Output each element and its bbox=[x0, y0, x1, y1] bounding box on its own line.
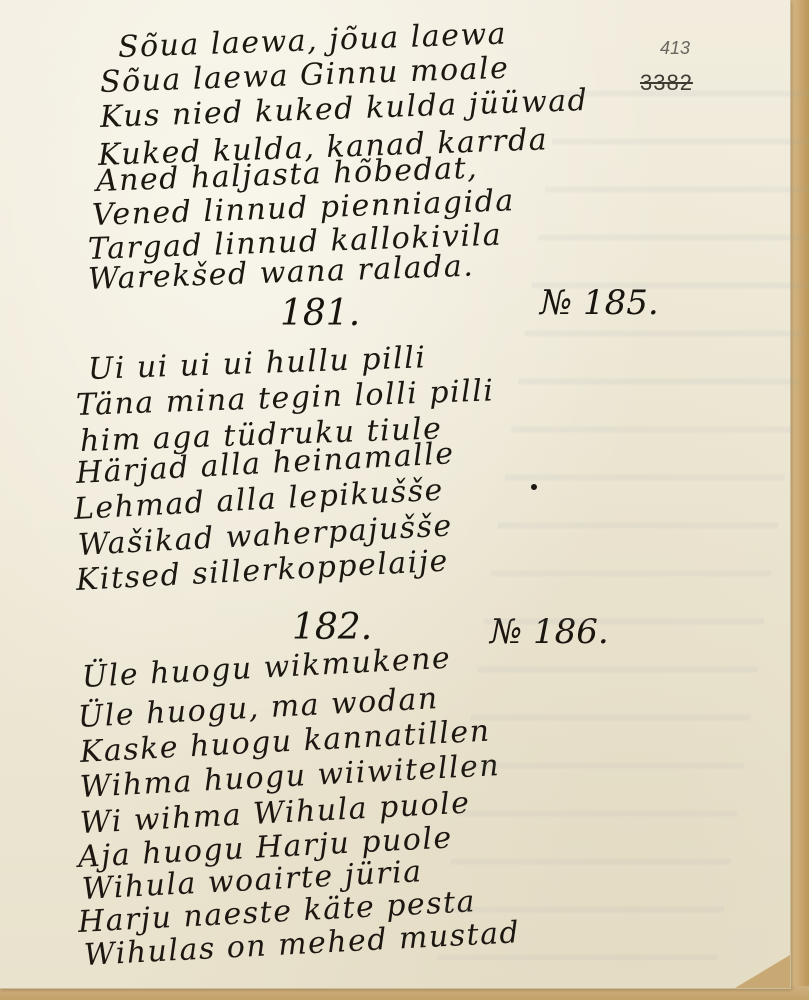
archive-stamped-number-struck: 3382 bbox=[640, 70, 693, 96]
catalog-number: № 185. bbox=[540, 283, 659, 323]
song-number: 182. bbox=[292, 607, 372, 648]
manuscript-page: 413 3382 Sõua laewa, jõua laewa Sõua lae… bbox=[0, 0, 791, 989]
torn-page-corner bbox=[735, 955, 790, 988]
song-number: 181. bbox=[280, 293, 360, 334]
catalog-number: № 186. bbox=[490, 612, 609, 652]
archive-pencil-number: 413 bbox=[660, 38, 690, 59]
ink-dot bbox=[531, 484, 537, 490]
